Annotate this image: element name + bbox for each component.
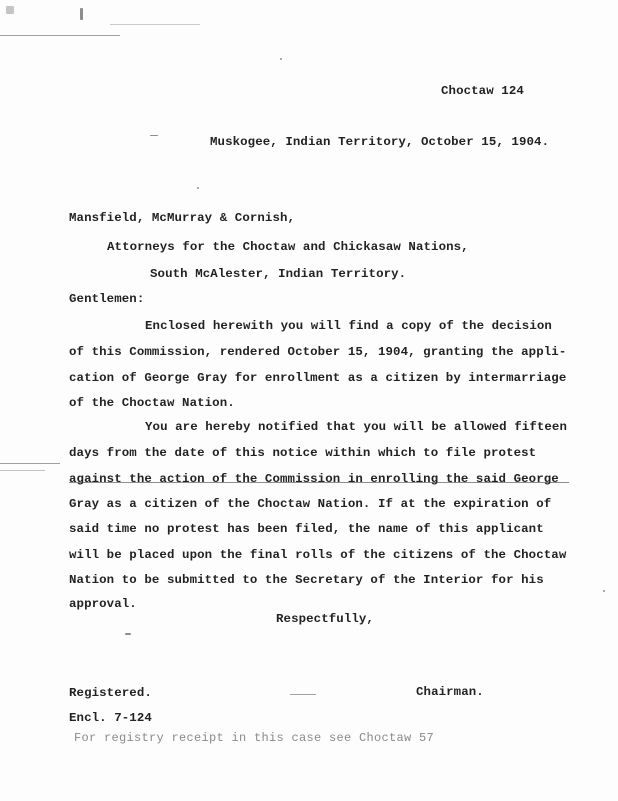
body-p2-line-8: approval. [69,597,137,611]
addressee-line-3: South McAlester, Indian Territory. [150,267,406,281]
scan-speck [280,58,282,60]
body-p2-line-6: will be placed upon the final rolls of t… [69,548,566,562]
body-p2-line-4: Gray as a citizen of the Choctaw Nation.… [69,497,551,511]
scan-artifact-line [0,470,45,471]
body-p1-line-1: Enclosed herewith you will find a copy o… [145,319,552,333]
strike-through-line [69,482,569,483]
scan-speck [6,6,14,14]
addressee-line-2: Attorneys for the Choctaw and Chickasaw … [107,240,469,254]
closing: Respectfully, [276,612,374,626]
body-p2-line-2: days from the date of this notice within… [69,446,536,460]
scan-speck [150,135,158,136]
scan-speck [80,8,83,20]
body-p1-line-4: of the Choctaw Nation. [69,396,235,410]
addressee-line-1: Mansfield, McMurray & Cornish, [69,211,295,225]
dateline: Muskogee, Indian Territory, October 15, … [210,135,549,149]
body-p2-line-1: You are hereby notified that you will be… [145,420,567,434]
scan-speck [197,187,199,189]
signature-title: Chairman. [416,685,484,699]
body-p1-line-2: of this Commission, rendered October 15,… [69,345,566,359]
scan-artifact-line [0,35,120,36]
scan-artifact-line [290,694,316,695]
body-p2-line-3: against the action of the Commission in … [69,472,559,486]
scan-speck [125,633,131,635]
scan-speck [603,590,605,592]
enclosure-note: Encl. 7-124 [69,711,152,725]
salutation: Gentlemen: [69,292,144,306]
letter-page: Choctaw 124 Muskogee, Indian Territory, … [0,0,618,801]
body-p2-line-5: said time no protest has been filed, the… [69,522,544,536]
scan-artifact-line [0,463,60,464]
file-reference: Choctaw 124 [441,84,524,98]
body-p2-line-7: Nation to be submitted to the Secretary … [69,573,544,587]
registry-receipt-note: For registry receipt in this case see Ch… [74,731,434,745]
body-p1-line-3: cation of George Gray for enrollment as … [69,371,566,385]
registered-note: Registered. [69,686,152,700]
scan-artifact-line [110,24,200,25]
